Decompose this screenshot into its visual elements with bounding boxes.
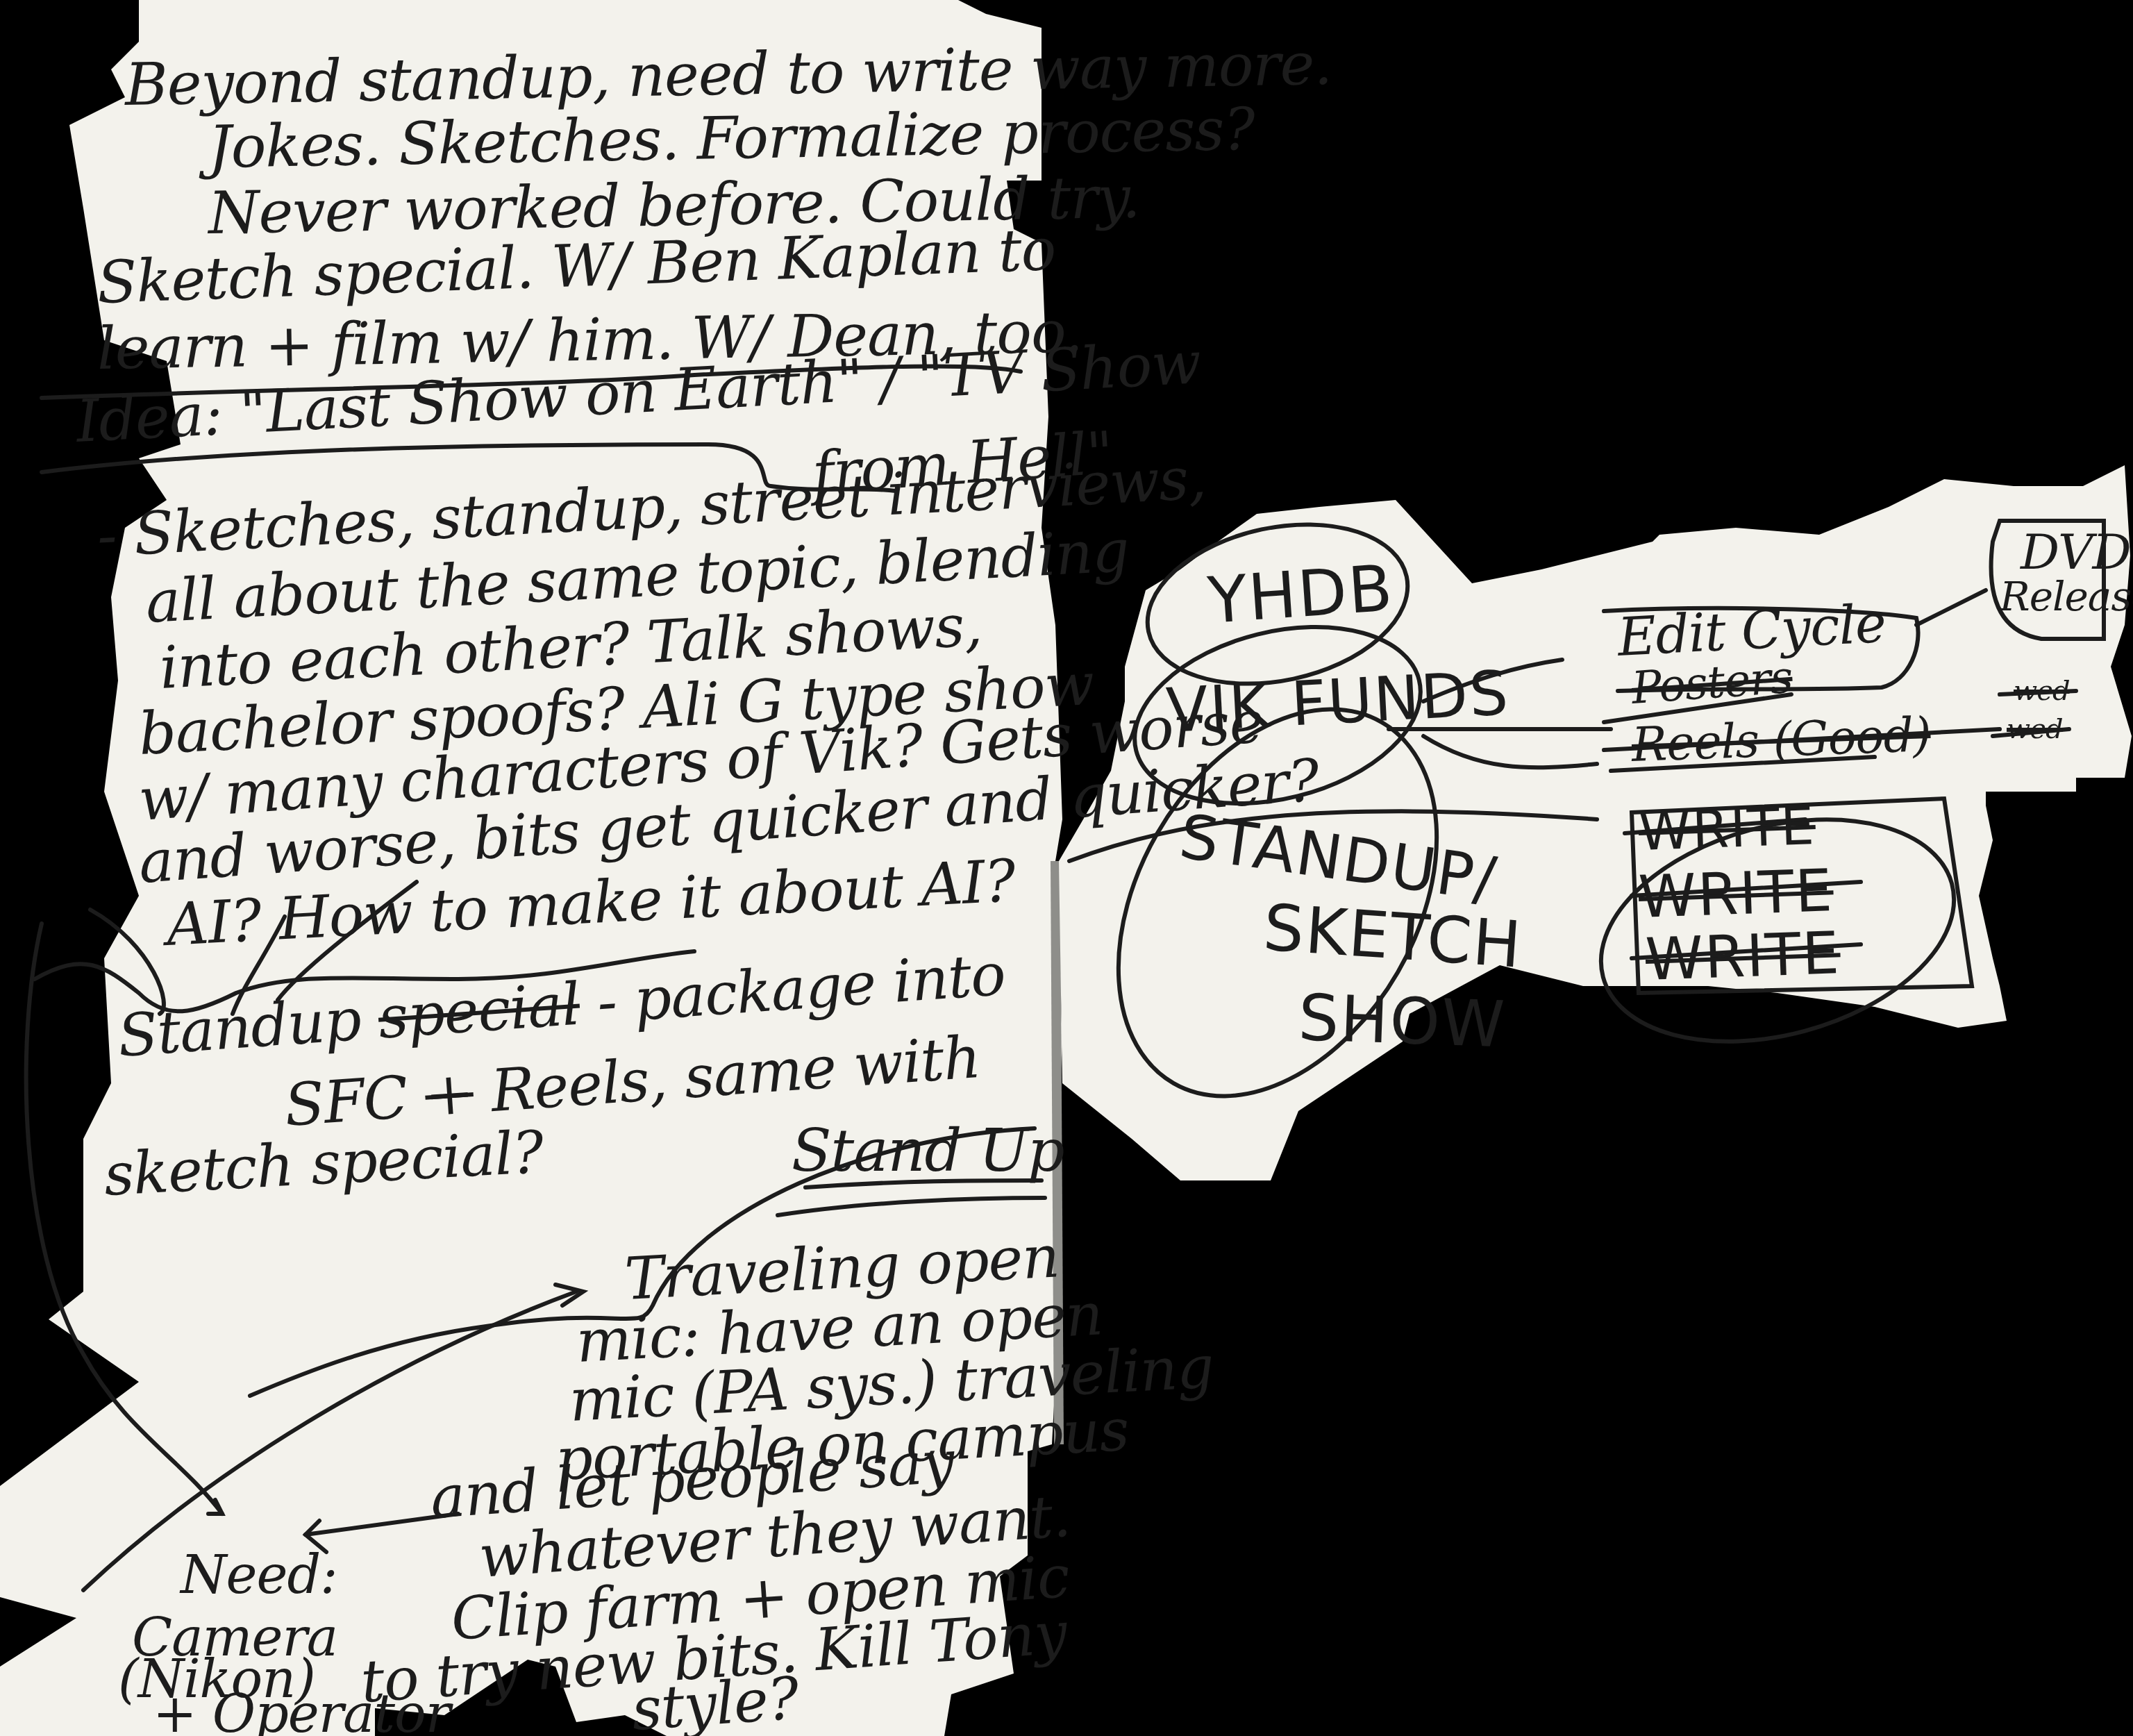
write-item-2: WRITE bbox=[1638, 861, 1834, 926]
need-item-operator: + Operator bbox=[153, 1687, 450, 1736]
node-sketch: SKETCH bbox=[1262, 896, 1525, 978]
package-struck-word: special bbox=[376, 970, 582, 1052]
write-item-3: WRITE bbox=[1645, 924, 1841, 989]
node-vik-funds: VIK FUNDS bbox=[1165, 662, 1511, 742]
plus-struck: + bbox=[423, 1058, 476, 1130]
reels-struck: Reels (Good) bbox=[1631, 712, 1932, 769]
release-label: Release bbox=[2000, 576, 2133, 617]
side-note-bottom-struck: wed bbox=[2007, 715, 2063, 743]
clip-farm-line-3: style? bbox=[630, 1669, 800, 1736]
posters-struck: Posters bbox=[1630, 656, 1794, 711]
side-note-top-struck: wed bbox=[2014, 677, 2070, 705]
edit-cycle-label: Edit Cycle bbox=[1616, 597, 1887, 664]
dvd-label: DVD bbox=[2021, 528, 2131, 576]
notebook-scan: Beyond standup, need to write way more. … bbox=[0, 0, 2133, 1736]
node-show: SHOW bbox=[1297, 986, 1507, 1057]
node-yhdb: YHDB bbox=[1206, 556, 1396, 633]
write-item-1: WRITE bbox=[1638, 799, 1816, 858]
standup-heading: Stand Up bbox=[792, 1121, 1064, 1180]
need-label: Need: bbox=[181, 1549, 337, 1601]
